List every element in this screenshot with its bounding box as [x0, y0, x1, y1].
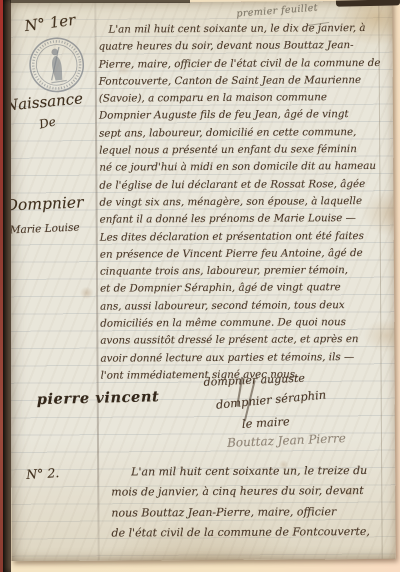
- act1-line: L'an mil huit cent soixante un, le dix d…: [98, 20, 390, 39]
- act1-number: N° 1er: [23, 11, 76, 35]
- signature-witness2: dompnier séraphin: [215, 387, 326, 411]
- act1-line: né ce jourd'hui à midi en son domicile d…: [99, 158, 391, 177]
- act1-line: de vingt six ans, ménagère, son épouse, …: [99, 193, 391, 212]
- act2-line: de l'état civil de la commune de Fontcou…: [111, 522, 391, 544]
- act2-line: nous Bouttaz Jean-Pierre, maire, officie…: [111, 501, 391, 523]
- act2-text: L'an mil huit cent soixante un, le treiz…: [111, 461, 391, 544]
- act1-line: avons aussitôt dressé le présent acte, e…: [100, 331, 392, 350]
- act2-line: L'an mil huit cent soixante un, le treiz…: [111, 461, 391, 483]
- margin-label-de: De: [38, 114, 57, 131]
- signature-witness1: pierre vincent: [37, 388, 160, 408]
- margin-child-firstnames: Marie Louise: [9, 222, 79, 237]
- margin-label-naissance: Naissance: [8, 89, 83, 114]
- act2-line: mois de janvier, à cinq heures du soir, …: [111, 481, 391, 503]
- photo-of-register: { "photo": { "pencil_note": "premier feu…: [0, 0, 400, 572]
- signature-mayor: Bouttaz Jean Pierre: [227, 431, 346, 450]
- pencil-folio-note: premier feuillet: [236, 2, 318, 19]
- act1-line: cinquante trois ans, laboureur, premier …: [100, 262, 392, 281]
- act1-line: sept ans, laboureur, domicilié en cette …: [99, 124, 391, 143]
- signature-mayor-title: le maire: [241, 414, 290, 431]
- act1-line: Les dites déclaration et présentation on…: [100, 227, 392, 246]
- act1-text: L'an mil huit cent soixante un, le dix d…: [98, 20, 392, 385]
- page-top-shadow: [10, 0, 190, 3]
- revenue-stamp-icon: [24, 32, 90, 98]
- act2-number: N° 2.: [26, 465, 60, 482]
- act1-line: de l'église de lui déclarant et de Rossa…: [99, 176, 391, 195]
- act1-line: (Savoie), a comparu en la maison commune: [99, 89, 391, 108]
- act1-line: lequel nous a présenté un enfant du sexe…: [99, 141, 391, 160]
- act1-line: Fontcouverte, Canton de Saint Jean de Ma…: [99, 72, 391, 91]
- act1-line: et de Dompnier Séraphin, âgé de vingt qu…: [100, 279, 392, 298]
- act1-line: Dompnier Auguste fils de feu Jean, âgé d…: [99, 106, 391, 125]
- act1-line: enfant il a donné les prénoms de Marie L…: [100, 210, 392, 229]
- act1-line: en présence de Vincent Pierre feu Antoin…: [100, 245, 392, 264]
- register-page: premier feuillet N° 1er Naissance De Dom…: [8, 1, 395, 561]
- act1-line: quatre heures du soir, devant nous Boutt…: [99, 37, 391, 56]
- book-binding-edge: [3, 0, 11, 572]
- margin-child-surname: Dompnier: [8, 193, 83, 214]
- act1-line: Pierre, maire, officier de l'état civil …: [99, 54, 391, 73]
- act1-line: domiciliés en la même commune. De quoi n…: [100, 314, 392, 333]
- act1-line: avoir donné lecture aux parties et témoi…: [100, 348, 392, 367]
- photo-left-red-edge: [0, 0, 3, 572]
- act1-line: ans, aussi laboureur, second témoin, tou…: [100, 297, 392, 316]
